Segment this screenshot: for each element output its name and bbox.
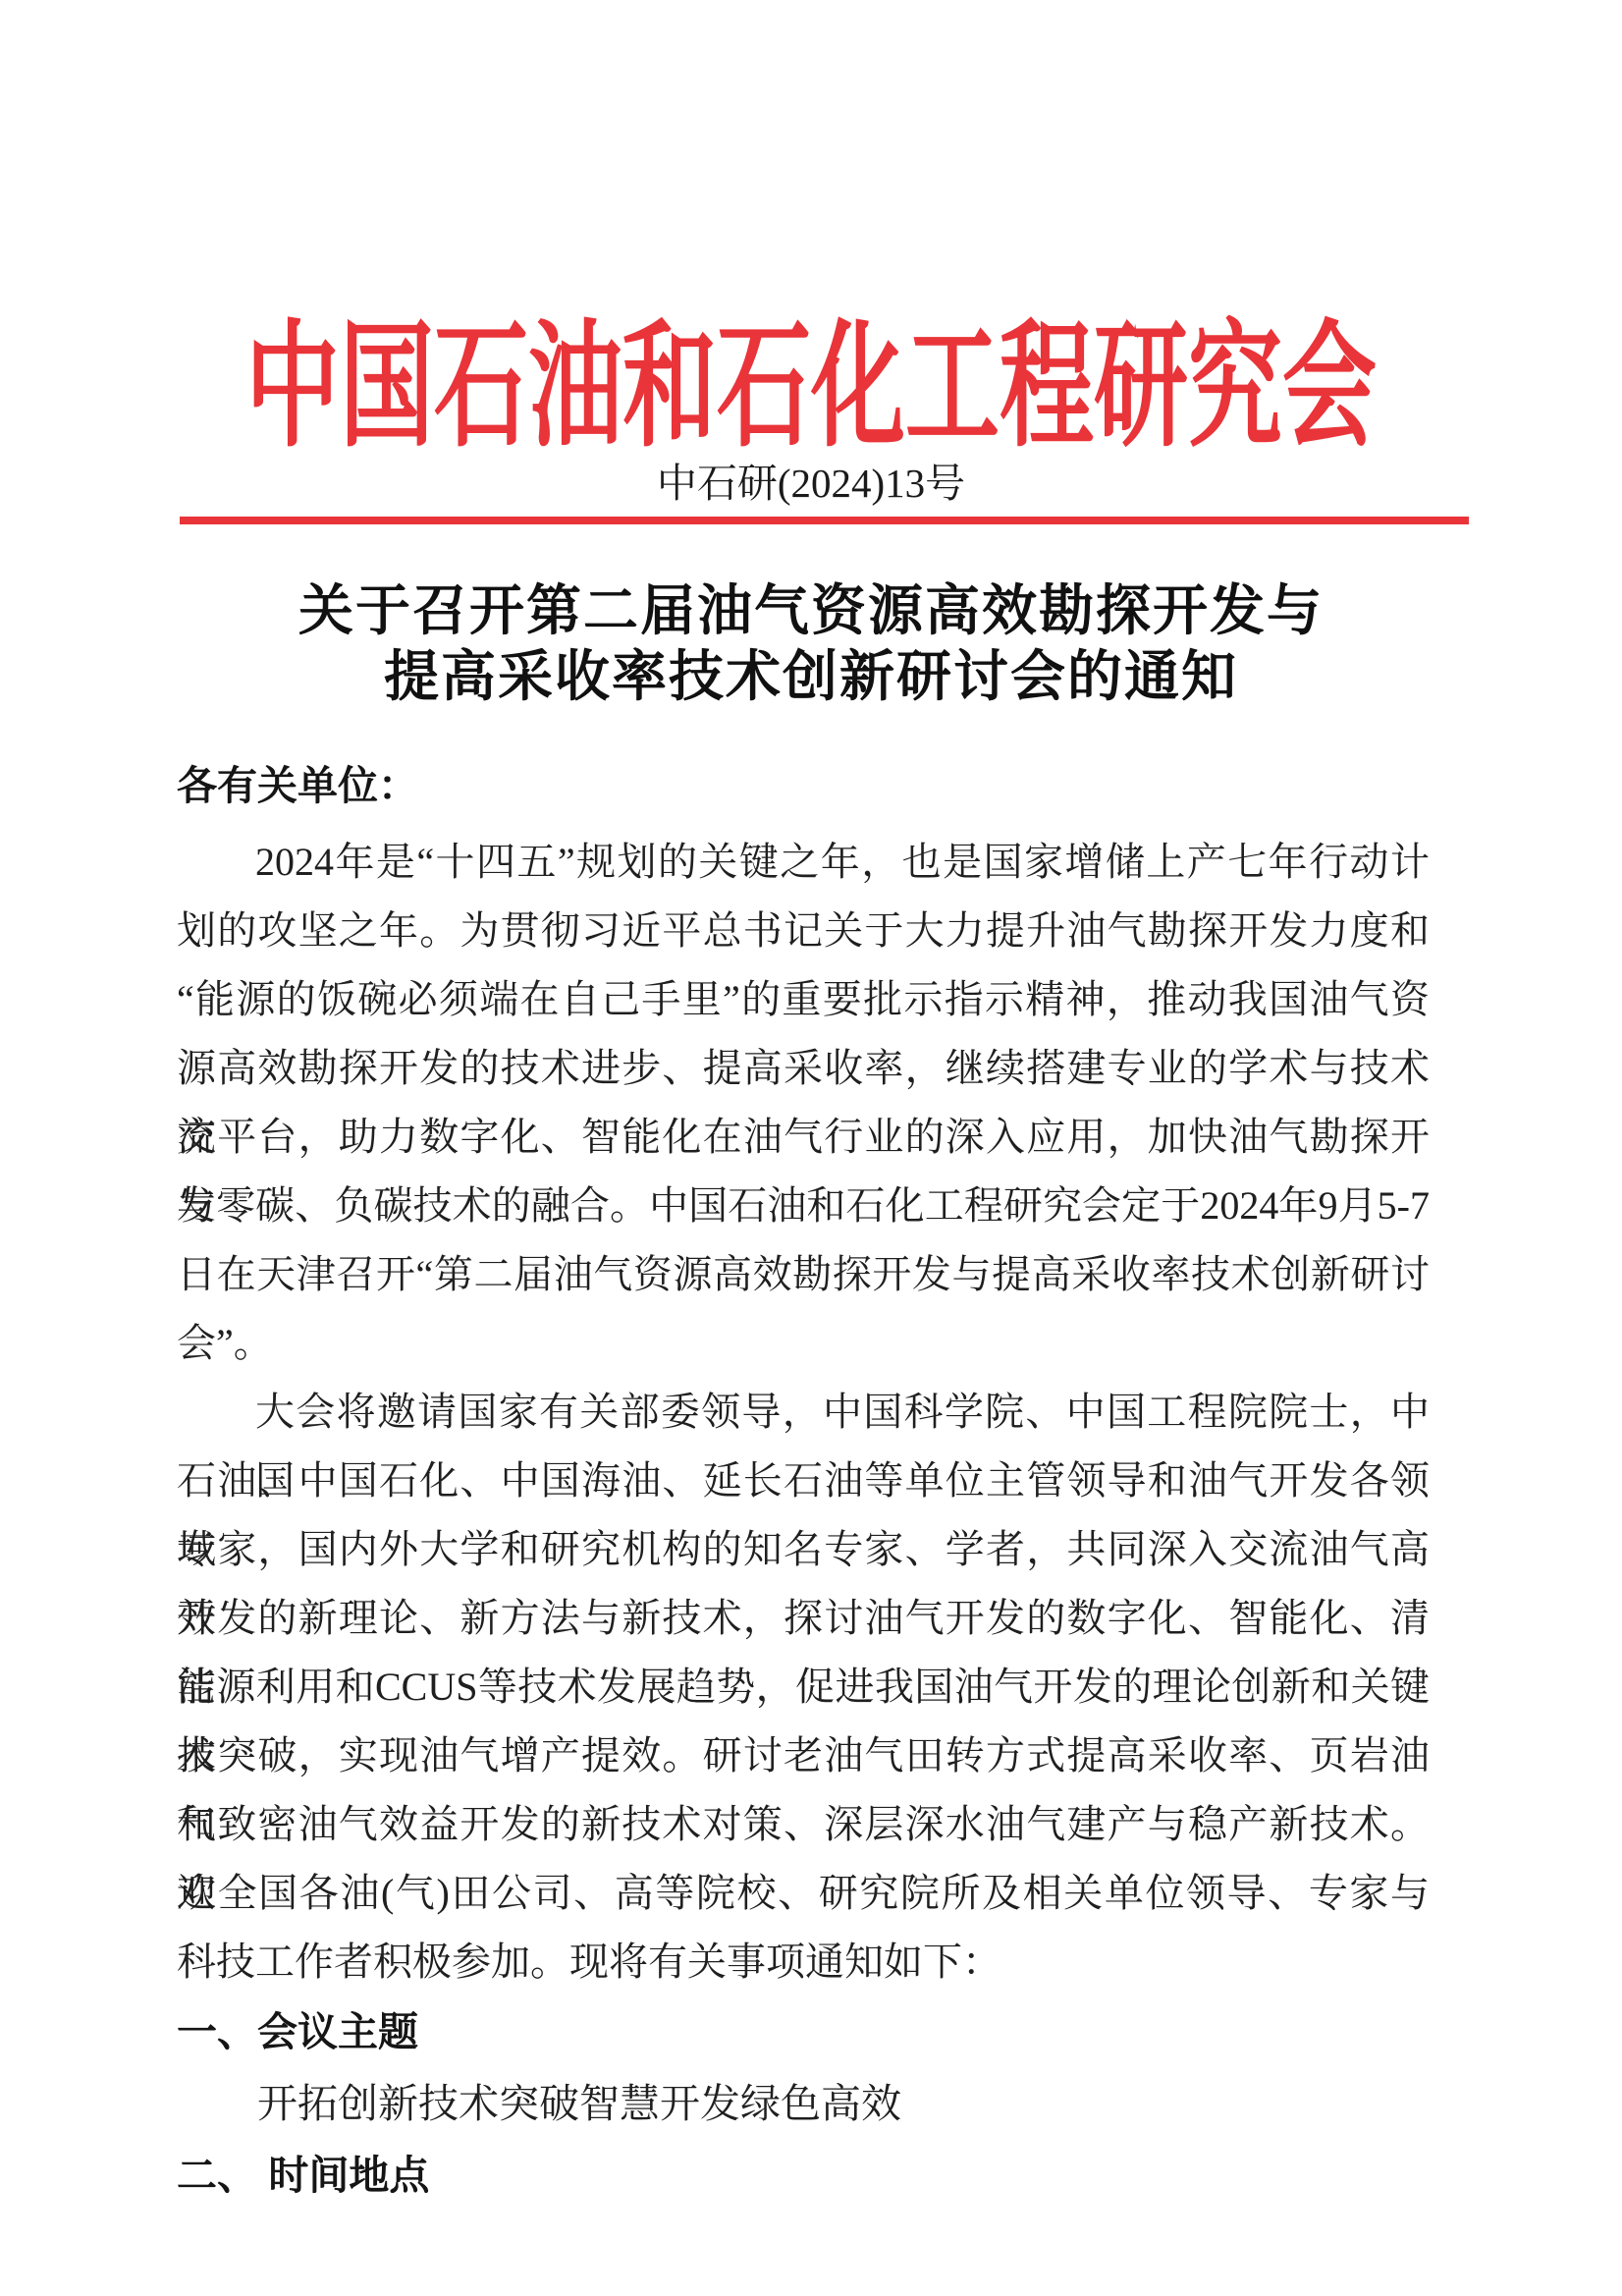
body-line: 日在天津召开“第二届油气资源高效勘探开发与提高采收率技术创新研讨 — [177, 1240, 1430, 1309]
document-title-line-1: 关于召开第二届油气资源高效勘探开发与 — [0, 579, 1622, 645]
body-line: 2024年是“十四五”规划的关键之年，也是国家增储上产七年行动计 — [177, 828, 1430, 897]
body-line: “能源的饭碗必须端在自己手里”的重要批示指示精神，推动我国油气资 — [177, 965, 1430, 1034]
doc-number: 中石研(2024)13号 — [0, 460, 1622, 507]
document-title-line-2: 提高采收率技术创新研讨会的通知 — [0, 645, 1622, 711]
body-line: 石油、中国石化、中国海油、延长石油等单位主管领导和油气开发各领域 — [177, 1447, 1430, 1515]
body-line: 和致密油气效益开发的新技术对策、深层深水油气建产与稳产新技术。欢 — [177, 1790, 1430, 1859]
body-line: 能源利用和CCUS等技术发展趋势，促进我国油气开发的理论创新和关键技 — [177, 1653, 1430, 1722]
body-line: 源高效勘探开发的技术进步、提高采收率，继续搭建专业的学术与技术交 — [177, 1034, 1430, 1103]
body-line: 专家，国内外大学和研究机构的知名专家、学者，共同深入交流油气高效 — [177, 1515, 1430, 1584]
body-line: 划的攻坚之年。为贯彻习近平总书记关于大力提升油气勘探开发力度和 — [177, 897, 1430, 965]
body-line: 与零碳、负碳技术的融合。中国石油和石化工程研究会定于2024年9月5-7 — [177, 1172, 1430, 1240]
body-line: 会”。 — [177, 1309, 1430, 1378]
body-line: 术突破，实现油气增产提效。研讨老油气田转方式提高采收率、页岩油气 — [177, 1722, 1430, 1790]
salutation: 各有关单位： — [177, 758, 1430, 813]
body-paragraphs: 2024年是“十四五”规划的关键之年，也是国家增储上产七年行动计划的攻坚之年。为… — [177, 828, 1430, 1996]
body-line: 大会将邀请国家有关部委领导，中国科学院、中国工程院院士，中国 — [177, 1378, 1430, 1447]
body-line: 开发的新理论、新方法与新技术，探讨油气开发的数字化、智能化、清洁 — [177, 1584, 1430, 1653]
body-line: 科技工作者积极参加。现将有关事项通知如下： — [177, 1928, 1430, 1996]
letterhead-title: 中国石油和石化工程研究会 — [0, 309, 1622, 466]
section-content: 开拓创新技术突破智慧开发绿色高效 — [177, 2068, 1430, 2140]
document-page: 中国石油和石化工程研究会 中石研(2024)13号 关于召开第二届油气资源高效勘… — [0, 0, 1622, 2296]
body-line: 迎全国各油(气)田公司、高等院校、研究院所及相关单位领导、专家与 — [177, 1859, 1430, 1928]
sections: 一、会议主题开拓创新技术突破智慧开发绿色高效二、 时间地点 — [177, 1996, 1430, 2212]
red-divider-line — [180, 517, 1469, 524]
body-line: 流平台，助力数字化、智能化在油气行业的深入应用，加快油气勘探开发 — [177, 1103, 1430, 1172]
document-title: 关于召开第二届油气资源高效勘探开发与 提高采收率技术创新研讨会的通知 — [0, 579, 1622, 711]
section-heading: 一、会议主题 — [177, 1996, 1430, 2068]
section-heading: 二、 时间地点 — [177, 2140, 1430, 2212]
